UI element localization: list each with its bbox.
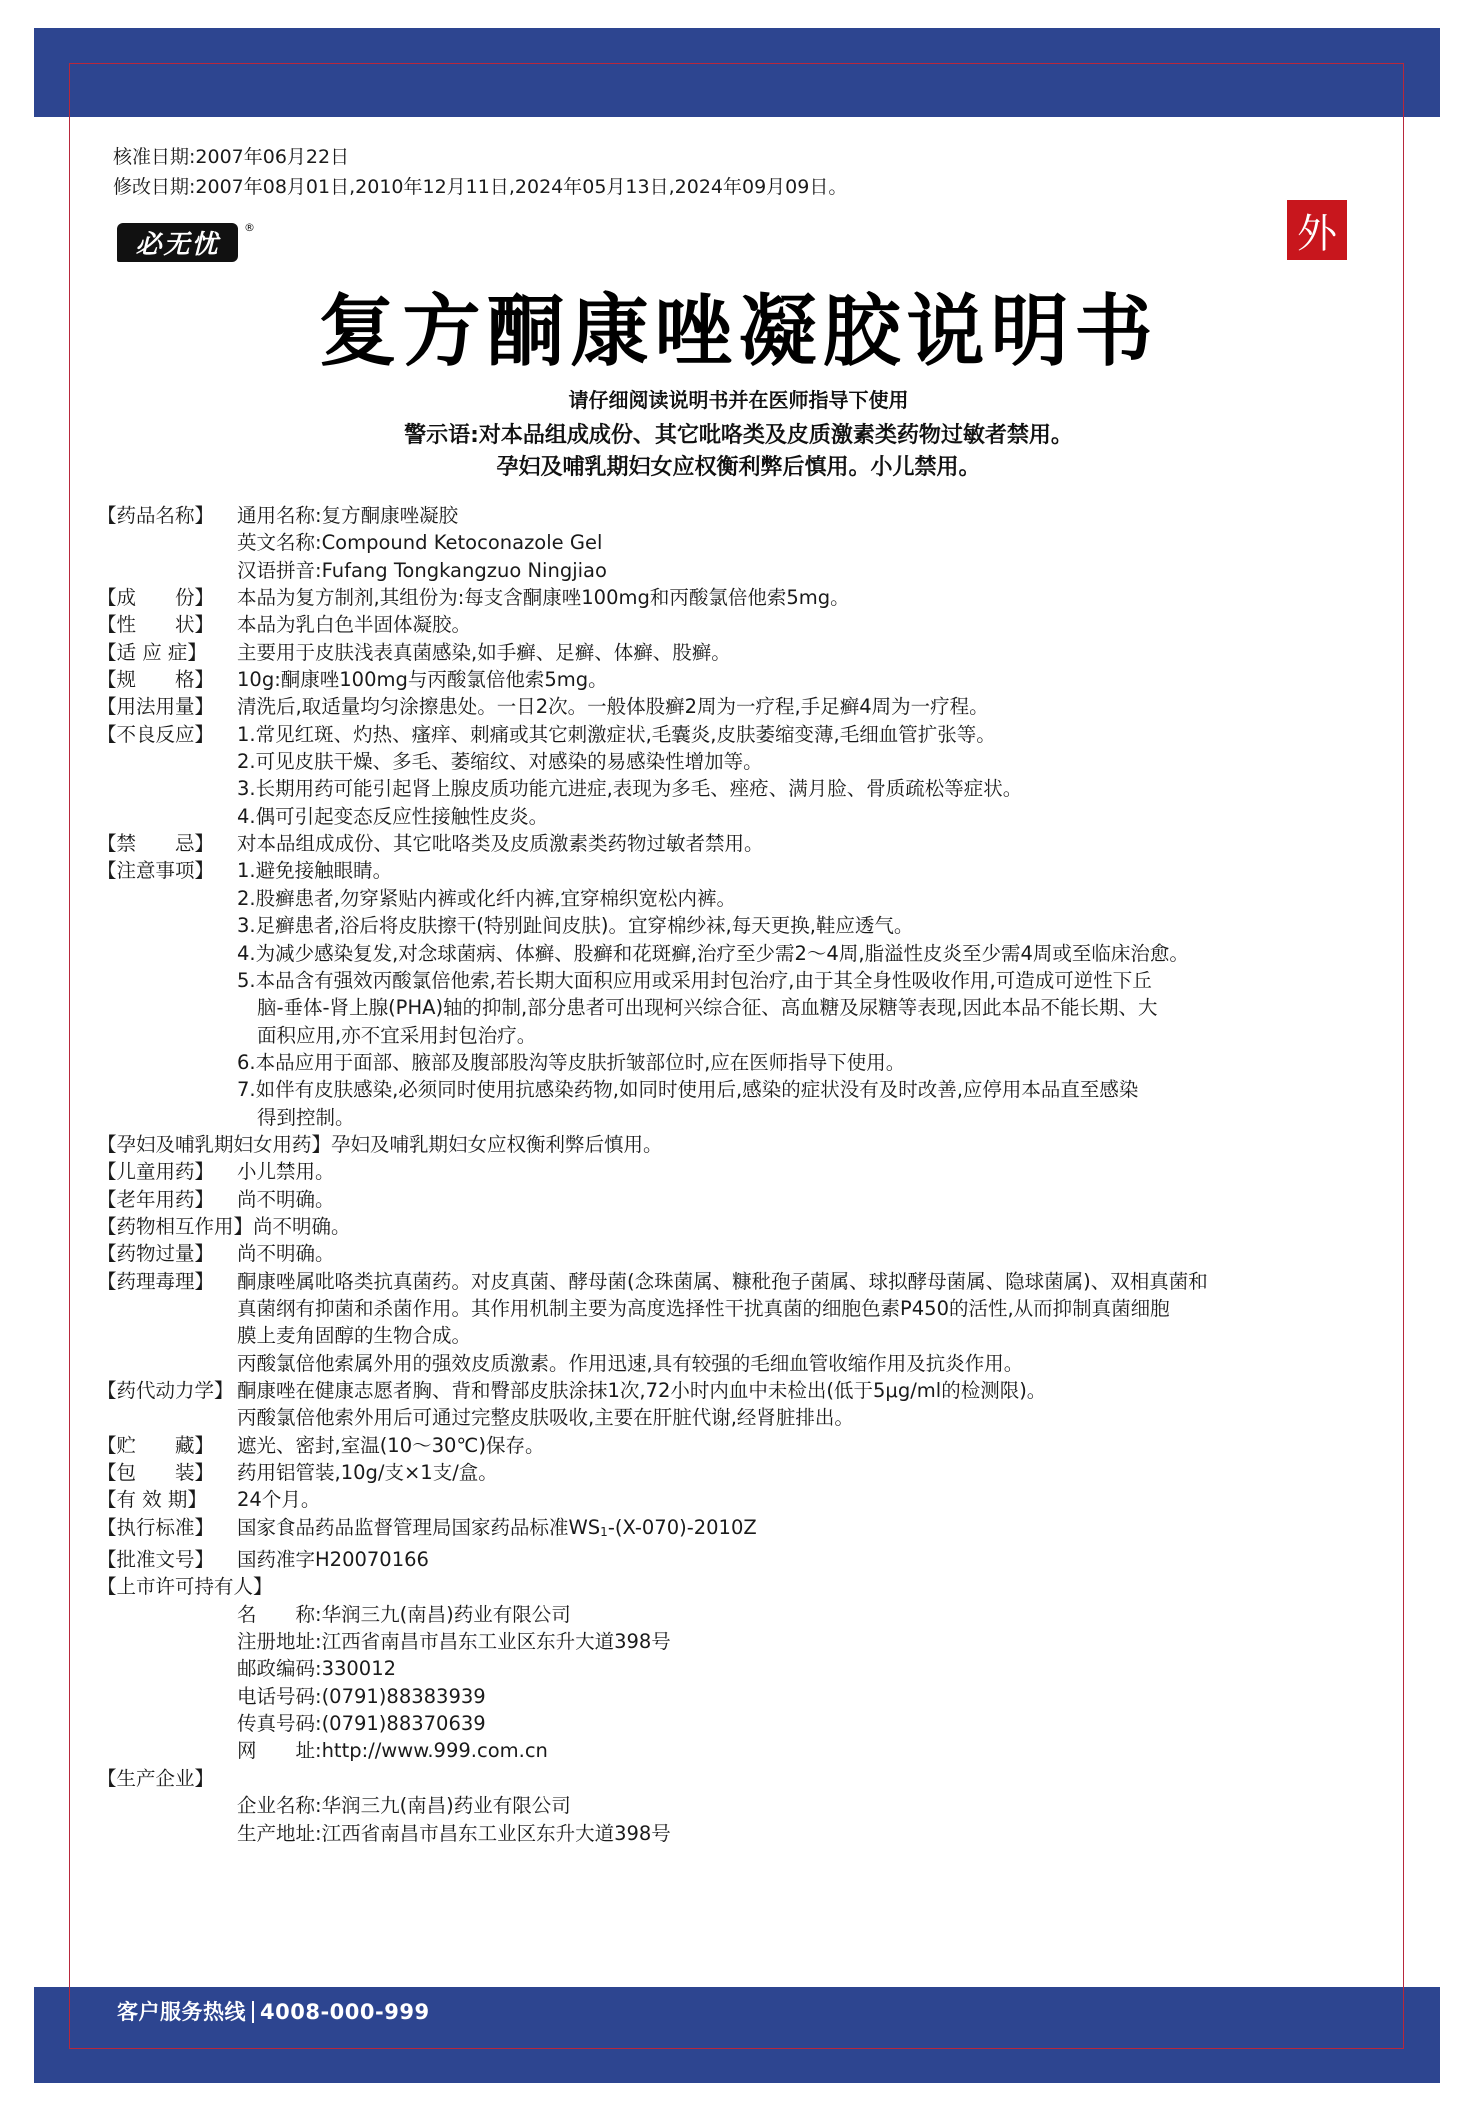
header-band [34,28,1440,117]
list-item: 1.常见红斑、灼热、瘙痒、刺痛或其它刺激症状,毛囊炎,皮肤萎缩变薄,毛细血管扩张… [237,721,1387,748]
paragraph-line: 真菌纲有抑菌和杀菌作用。其作用机制主要为高度选择性干扰真菌的细胞色素P450的活… [237,1295,1387,1322]
page-title: 复方酮康唑凝胶说明书 [0,284,1477,380]
section-text: 孕妇及哺乳期妇女应权衡利弊后慎用。 [331,1131,1387,1158]
section-text: 尚不明确。 [237,1240,1387,1267]
section-pharmacology: 【药理毒理】 酮康唑属吡咯类抗真菌药。对皮真菌、酵母菌(念珠菌属、糠秕孢子菌属、… [97,1268,1387,1377]
english-name: 英文名称:Compound Ketoconazole Gel [237,529,1387,556]
section-text: 主要用于皮肤浅表真菌感染,如手癣、足癣、体癣、股癣。 [237,639,1387,666]
list-item-continuation: 得到控制。 [237,1104,1387,1131]
list-item: 4.为减少感染复发,对念球菌病、体癣、股癣和花斑癣,治疗至少需2～4周,脂溢性皮… [237,940,1387,967]
hotline-label: 客户服务热线 [117,2000,246,2024]
section-label: 【药理毒理】 [97,1268,237,1377]
list-item: 2.股癣患者,勿穿紧贴内裤或化纤内裤,宜穿棉织宽松内裤。 [237,885,1387,912]
section-label: 【贮 藏】 [97,1432,237,1459]
section-pregnancy: 【孕妇及哺乳期妇女用药】 孕妇及哺乳期妇女应权衡利弊后慎用。 [97,1131,1387,1158]
mah-postcode: 邮政编码:330012 [237,1655,1387,1682]
list-item: 3.足癣患者,浴后将皮肤擦干(特别趾间皮肤)。宜穿棉纱袜,每天更换,鞋应透气。 [237,912,1387,939]
list-item: 7.如伴有皮肤感染,必须同时使用抗感染药物,如同时使用后,感染的症状没有及时改善… [237,1076,1387,1103]
manufacturer-details: 企业名称:华润三九(南昌)药业有限公司 生产地址:江西省南昌市昌东工业区东升大道… [97,1792,1387,1847]
section-label: 【批准文号】 [97,1546,237,1573]
section-label: 【儿童用药】 [97,1158,237,1185]
list-item-continuation: 脑-垂体-肾上腺(PHA)轴的抑制,部分患者可出现柯兴综合征、高血糖及尿糖等表现… [237,994,1387,1021]
section-text: 尚不明确。 [237,1186,1387,1213]
list-item: 5.本品含有强效丙酸氯倍他索,若长期大面积应用或采用封包治疗,由于其全身性吸收作… [237,967,1387,994]
section-text: 遮光、密封,室温(10～30℃)保存。 [237,1432,1387,1459]
section-label: 【执行标准】 [97,1514,237,1546]
section-validity: 【有 效 期】 24个月。 [97,1486,1387,1513]
section-manufacturer: 【生产企业】 [97,1765,1387,1792]
section-text: 24个月。 [237,1486,1387,1513]
list-item: 2.可见皮肤干燥、多毛、萎缩纹、对感染的易感染性增加等。 [237,748,1387,775]
paragraph-line: 丙酸氯倍他索属外用的强效皮质激素。作用迅速,具有较强的毛细血管收缩作用及抗炎作用… [237,1350,1387,1377]
section-label: 【包 装】 [97,1459,237,1486]
section-text: 本品为复方制剂,其组份为:每支含酮康唑100mg和丙酸氯倍他索5mg。 [237,584,1387,611]
warning-line-2: 孕妇及哺乳期妇女应权衡利弊后慎用。小儿禁用。 [0,452,1477,484]
section-storage: 【贮 藏】 遮光、密封,室温(10～30℃)保存。 [97,1432,1387,1459]
section-composition: 【成 份】 本品为复方制剂,其组份为:每支含酮康唑100mg和丙酸氯倍他索5mg… [97,584,1387,611]
manufacturer-address: 生产地址:江西省南昌市昌东工业区东升大道398号 [237,1820,1387,1847]
paragraph-line: 丙酸氯倍他索外用后可通过完整皮肤吸收,主要在肝脏代谢,经肾脏排出。 [237,1404,1387,1431]
section-label: 【适 应 症】 [97,639,237,666]
section-geriatric: 【老年用药】 尚不明确。 [97,1186,1387,1213]
section-text: 对本品组成成份、其它吡咯类及皮质激素类药物过敏者禁用。 [237,830,1387,857]
hotline-number: 4008-000-999 [260,2000,430,2024]
external-use-badge: 外 [1287,200,1347,260]
mah-name: 名 称:华润三九(南昌)药业有限公司 [237,1601,1387,1628]
mah-phone: 电话号码:(0791)88383939 [237,1683,1387,1710]
warning-line-1: 警示语:对本品组成成份、其它吡咯类及皮质激素类药物过敏者禁用。 [0,420,1477,452]
section-pharmacokinetics: 【药代动力学】 酮康唑在健康志愿者胸、背和臀部皮肤涂抹1次,72小时内血中未检出… [97,1377,1387,1432]
section-label: 【成 份】 [97,584,237,611]
section-mah: 【上市许可持有人】 [97,1573,1387,1600]
section-label: 【注意事项】 [97,857,237,1130]
section-text: 药用铝管装,10g/支×1支/盒。 [237,1459,1387,1486]
paragraph-line: 膜上麦角固醇的生物合成。 [237,1322,1387,1349]
list-item: 3.长期用药可能引起肾上腺皮质功能亢进症,表现为多毛、痤疮、满月脸、骨质疏松等症… [237,775,1387,802]
section-standard: 【执行标准】 国家食品药品监督管理局国家药品标准WS1-(X-070)-2010… [97,1514,1387,1546]
section-specification: 【规 格】 10g:酮康唑100mg与丙酸氯倍他索5mg。 [97,666,1387,693]
paragraph-line: 酮康唑属吡咯类抗真菌药。对皮真菌、酵母菌(念珠菌属、糠秕孢子菌属、球拟酵母菌属、… [237,1268,1387,1295]
section-label: 【有 效 期】 [97,1486,237,1513]
section-adverse-reactions: 【不良反应】 1.常见红斑、灼热、瘙痒、刺痛或其它刺激症状,毛囊炎,皮肤萎缩变薄… [97,721,1387,830]
section-label: 【老年用药】 [97,1186,237,1213]
section-label: 【禁 忌】 [97,830,237,857]
section-label: 【生产企业】 [97,1765,214,1792]
section-label: 【药物相互作用】 [97,1213,253,1240]
mah-website: 网 址:http://www.999.com.cn [237,1737,1387,1764]
section-dosage: 【用法用量】 清洗后,取适量均匀涂擦患处。一日2次。一般体股癣2周为一疗程,手足… [97,693,1387,720]
section-label: 【规 格】 [97,666,237,693]
section-label: 【上市许可持有人】 [97,1573,273,1600]
revision-date: 修改日期:2007年08月01日,2010年12月11日,2024年05月13日… [113,172,847,202]
section-text: 国家食品药品监督管理局国家药品标准WS1-(X-070)-2010Z [237,1514,1387,1546]
mah-address: 注册地址:江西省南昌市昌东工业区东升大道398号 [237,1628,1387,1655]
section-label: 【药物过量】 [97,1240,237,1267]
section-indications: 【适 应 症】 主要用于皮肤浅表真菌感染,如手癣、足癣、体癣、股癣。 [97,639,1387,666]
section-precautions: 【注意事项】 1.避免接触眼睛。 2.股癣患者,勿穿紧贴内裤或化纤内裤,宜穿棉织… [97,857,1387,1130]
section-pediatric: 【儿童用药】 小儿禁用。 [97,1158,1387,1185]
section-label: 【孕妇及哺乳期妇女用药】 [97,1131,331,1158]
section-text: 国药准字H20070166 [237,1546,1387,1573]
section-label: 【药代动力学】 [97,1377,237,1432]
list-item: 4.偶可引起变态反应性接触性皮炎。 [237,803,1387,830]
paragraph-line: 酮康唑在健康志愿者胸、背和臀部皮肤涂抹1次,72小时内血中未检出(低于5μg/m… [237,1377,1387,1404]
manufacturer-name: 企业名称:华润三九(南昌)药业有限公司 [237,1792,1387,1819]
warning-statement: 警示语:对本品组成成份、其它吡咯类及皮质激素类药物过敏者禁用。 孕妇及哺乳期妇女… [0,420,1477,484]
standard-text: 国家食品药品监督管理局国家药品标准WS [237,1516,600,1539]
generic-name: 通用名称:复方酮康唑凝胶 [237,502,1387,529]
section-label: 【药品名称】 [97,502,237,584]
section-text: 清洗后,取适量均匀涂擦患处。一日2次。一般体股癣2周为一疗程,手足癣4周为一疗程… [237,693,1387,720]
standard-subscript: 1 [600,1525,608,1539]
section-label: 【不良反应】 [97,721,237,830]
section-approval-number: 【批准文号】 国药准字H20070166 [97,1546,1387,1573]
list-item: 6.本品应用于面部、腋部及腹部股沟等皮肤折皱部位时,应在医师指导下使用。 [237,1049,1387,1076]
section-interactions: 【药物相互作用】 尚不明确。 [97,1213,1387,1240]
section-overdose: 【药物过量】 尚不明确。 [97,1240,1387,1267]
mah-fax: 传真号码:(0791)88370639 [237,1710,1387,1737]
brand-logo: 必无忧 [117,223,238,262]
section-label: 【性 状】 [97,611,237,638]
section-label: 【用法用量】 [97,693,237,720]
section-text: 尚不明确。 [253,1213,1387,1240]
divider [252,2001,254,2023]
section-contraindications: 【禁 忌】 对本品组成成份、其它吡咯类及皮质激素类药物过敏者禁用。 [97,830,1387,857]
date-block: 核准日期:2007年06月22日 修改日期:2007年08月01日,2010年1… [113,142,847,202]
leaflet-body: 【药品名称】 通用名称:复方酮康唑凝胶 英文名称:Compound Ketoco… [97,502,1387,1847]
customer-hotline: 客户服务热线4008-000-999 [117,1996,430,2026]
registered-mark: ® [244,221,255,234]
section-text: 10g:酮康唑100mg与丙酸氯倍他索5mg。 [237,666,1387,693]
read-instructions-note: 请仔细阅读说明书并在医师指导下使用 [0,384,1477,413]
mah-details: 名 称:华润三九(南昌)药业有限公司 注册地址:江西省南昌市昌东工业区东升大道3… [97,1601,1387,1765]
section-drug-name: 【药品名称】 通用名称:复方酮康唑凝胶 英文名称:Compound Ketoco… [97,502,1387,584]
section-text: 小儿禁用。 [237,1158,1387,1185]
section-appearance: 【性 状】 本品为乳白色半固体凝胶。 [97,611,1387,638]
list-item: 1.避免接触眼睛。 [237,857,1387,884]
approval-date: 核准日期:2007年06月22日 [113,142,847,172]
standard-code: -(X-070)-2010Z [608,1516,757,1539]
section-text: 本品为乳白色半固体凝胶。 [237,611,1387,638]
pinyin-name: 汉语拼音:Fufang Tongkangzuo Ningjiao [237,557,1387,584]
section-package: 【包 装】 药用铝管装,10g/支×1支/盒。 [97,1459,1387,1486]
list-item-continuation: 面积应用,亦不宜采用封包治疗。 [237,1022,1387,1049]
